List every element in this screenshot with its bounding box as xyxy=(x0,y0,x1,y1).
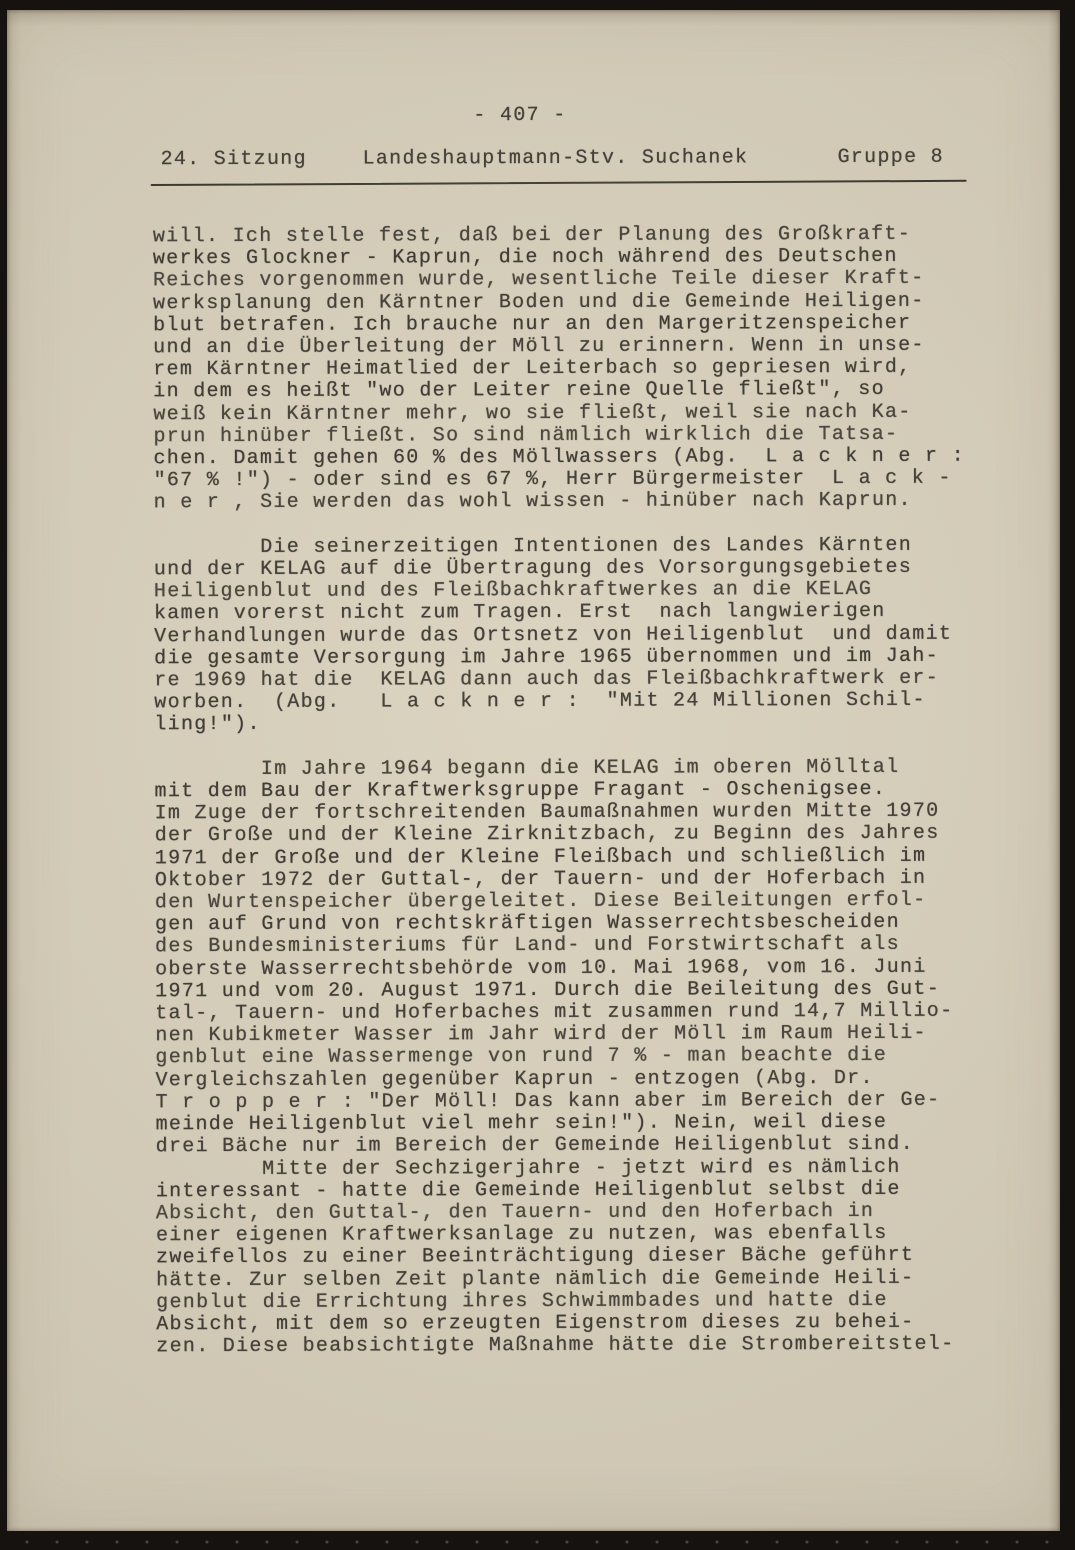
text-line: Mitte der Sechzigerjahre - jetzt wird es… xyxy=(156,1156,1036,1181)
text-line: den Wurtenspeicher übergeleitet. Diese B… xyxy=(155,889,1035,914)
text-line: hätte. Zur selben Zeit plante nämlich di… xyxy=(156,1267,1036,1292)
text-line: Absicht, den Guttal-, den Tauern- und de… xyxy=(156,1200,1036,1225)
film-edge-dots xyxy=(0,1538,1075,1546)
header-group-label: Gruppe 8 xyxy=(838,146,944,169)
text-line: T r o p p e r : "Der Möll! Das kann aber… xyxy=(155,1089,1035,1114)
text-line: will. Ich stelle fest, daß bei der Planu… xyxy=(153,223,1033,248)
text-line: genblut eine Wassermenge von rund 7 % - … xyxy=(155,1045,1035,1070)
text-line: n e r , Sie werden das wohl wissen - hin… xyxy=(154,490,1034,515)
body-text: will. Ich stelle fest, daß bei der Planu… xyxy=(153,223,1037,1358)
page-content: - 407 - 24. Sitzung Landeshauptmann-Stv.… xyxy=(5,8,1063,1532)
document-page: - 407 - 24. Sitzung Landeshauptmann-Stv.… xyxy=(7,10,1060,1531)
text-line: worben. (Abg. L a c k n e r : "Mit 24 Mi… xyxy=(154,690,1034,715)
text-line: zen. Diese beabsichtigte Maßnahme hätte … xyxy=(156,1334,1036,1359)
text-line: Im Jahre 1964 begann die KELAG im oberen… xyxy=(154,756,1034,781)
page-number: - 407 - xyxy=(473,104,566,127)
text-line: interessant - hatte die Gemeinde Heilige… xyxy=(156,1178,1036,1203)
text-line: und der KELAG auf die Übertragung des Vo… xyxy=(154,556,1034,581)
text-line: drei Bäche nur im Bereich der Gemeinde H… xyxy=(156,1134,1036,1159)
header-speaker-name: Landeshauptmann-Stv. Suchanek xyxy=(363,146,749,170)
microfilm-frame: - 407 - 24. Sitzung Landeshauptmann-Stv.… xyxy=(0,0,1075,1550)
header-session-label: 24. Sitzung xyxy=(161,148,307,171)
text-line xyxy=(154,734,1034,759)
text-line: ling!"). xyxy=(154,712,1034,737)
text-line: weiß kein Kärntner mehr, wo sie fließt, … xyxy=(153,401,1033,426)
